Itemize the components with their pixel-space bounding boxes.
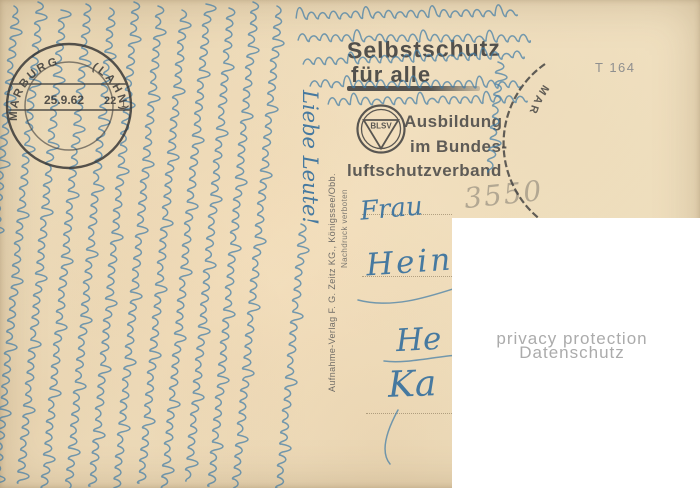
svg-text:MARBURG (LAHN): MARBURG (LAHN) — [8, 56, 130, 143]
stamp-line-3: luftschutzverband — [347, 161, 502, 181]
postmark-region: (LAHN) — [90, 61, 130, 113]
postmark-town: MARBURG — [8, 56, 61, 121]
stamp-line-1: Ausbildung — [404, 112, 502, 132]
cancellation-bar — [347, 86, 480, 91]
blsv-logo-icon: BLSV — [355, 103, 407, 155]
postmark-time: 22 — [104, 95, 116, 107]
address-line-1: Frau — [359, 191, 424, 226]
blsv-logo-text: BLSV — [370, 122, 392, 131]
publisher-credit-2: Nachdruck verboten — [340, 189, 349, 268]
address-line-4: Ka — [387, 363, 437, 406]
postmark-index: 1 — [121, 99, 126, 109]
message-opening: Liebe Leute! — [298, 90, 322, 225]
postmark-date: 25.9.62 — [44, 93, 84, 107]
stamp-line-2: im Bundes- — [410, 137, 508, 157]
postmark-marburg: MARBURG (LAHN) 25.9.62 22 1 — [7, 44, 131, 168]
privacy-overlay-box: privacy protection Datenschutz — [452, 218, 700, 488]
card-code: T 164 — [595, 60, 636, 75]
pencil-note: 3550 — [462, 174, 544, 215]
svg-text:MAR: MAR — [526, 83, 551, 118]
address-line-3: He — [395, 321, 442, 359]
address-guide-line — [366, 413, 452, 414]
privacy-label-de: Datenschutz — [452, 346, 692, 359]
cancellation-slogan-line1: Selbstschutz — [347, 35, 501, 65]
publisher-credit: Aufnahme-Verlag F. G. Zeitz KG., Königss… — [327, 173, 337, 392]
cancellation-slogan-line2: für alle — [351, 62, 431, 88]
postmark-partial-letters: MAR — [526, 83, 551, 118]
postcard-scan: Selbstschutz für alle BLSV Ausbildung im… — [0, 0, 700, 488]
